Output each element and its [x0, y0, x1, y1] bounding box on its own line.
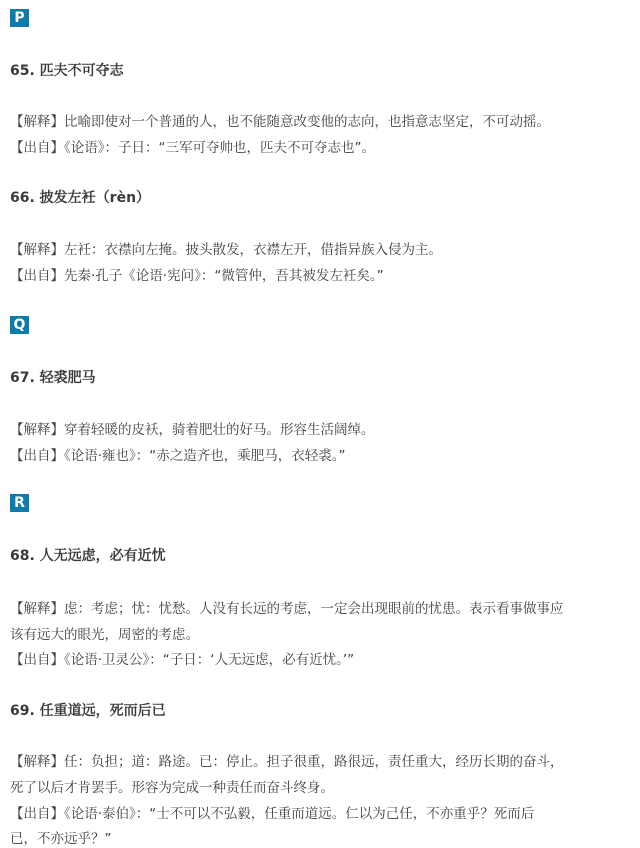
- entry-explain-68: 【解释】虑：考虑；忧：忧愁。人没有长远的考虑，一定会出现眼前的忧患。表示看事做事…: [10, 597, 630, 617]
- entry-explain-69-cont: 死了以后才肯罢手。形容为完成一种责任而奋斗终身。: [10, 776, 630, 796]
- entry-source-65: 【出自】《论语》：子日：“三军可夺帅也，匹夫不可夺志也”。: [10, 136, 630, 156]
- section-badge-p: P: [10, 9, 29, 27]
- source-text: 《论语·卫灵公》：“子日：‘人无远虑，必有近忧。’”: [64, 652, 354, 668]
- source-label: 【出自】: [10, 806, 64, 822]
- explain-label: 【解释】: [10, 114, 64, 130]
- source-label: 【出自】: [10, 448, 64, 464]
- entry-source-68: 【出自】《论语·卫灵公》：“子日：‘人无远虑，必有近忧。’”: [10, 648, 630, 668]
- source-text: 先秦·孔子《论语·宪问》：“微管仲，吾其被发左衽矣。”: [64, 268, 384, 284]
- source-text: 《论语·雍也》：“赤之造齐也，乘肥马，衣轻裘。”: [64, 448, 346, 464]
- section-badge-q: Q: [10, 316, 29, 334]
- explain-label: 【解释】: [10, 242, 64, 258]
- entry-title-69: 69. 任重道远，死而后已: [10, 700, 166, 720]
- entry-explain-69: 【解释】任：负担；道：路途。已：停止。担子很重，路很远，责任重大，经历长期的奋斗…: [10, 750, 630, 770]
- entry-title-68: 68. 人无远虑，必有近忧: [10, 545, 166, 565]
- source-text: 《论语·泰伯》：“士不可以不弘毅，任重而道远。仁以为己任，不亦重乎？死而后: [64, 806, 534, 822]
- entry-source-67: 【出自】《论语·雍也》：“赤之造齐也，乘肥马，衣轻裘。”: [10, 444, 630, 464]
- entry-explain-65: 【解释】比喻即使对一个普通的人，也不能随意改变他的志向，也指意志坚定，不可动摇。: [10, 110, 630, 130]
- source-text: 《论语》：子日：“三军可夺帅也，匹夫不可夺志也”。: [64, 140, 375, 156]
- entry-explain-66: 【解释】左衽：衣襟向左掩。披头散发，衣襟左开，借指异族入侵为主。: [10, 238, 630, 258]
- entry-title-67: 67. 轻裘肥马: [10, 367, 96, 387]
- entry-title-65: 65. 匹夫不可夺志: [10, 60, 124, 80]
- explain-label: 【解释】: [10, 601, 64, 617]
- explain-label: 【解释】: [10, 754, 64, 770]
- source-label: 【出自】: [10, 268, 64, 284]
- explain-text: 虑：考虑；忧：忧愁。人没有长远的考虑，一定会出现眼前的忧患。表示看事做事应: [64, 601, 564, 617]
- explain-text: 比喻即使对一个普通的人，也不能随意改变他的志向，也指意志坚定，不可动摇。: [64, 114, 550, 130]
- explain-text: 穿着轻暖的皮袄，骑着肥壮的好马。形容生活阔绰。: [64, 422, 375, 438]
- section-badge-r: R: [10, 494, 29, 512]
- entry-source-69-cont: 已，不亦远乎？”: [10, 827, 630, 847]
- explain-text: 任：负担；道：路途。已：停止。担子很重，路很远，责任重大，经历长期的奋斗，: [64, 754, 564, 770]
- entry-title-66: 66. 披发左衽（rèn）: [10, 187, 150, 207]
- entry-explain-68-cont: 该有远大的眼光，周密的考虑。: [10, 623, 630, 643]
- entry-source-69: 【出自】《论语·泰伯》：“士不可以不弘毅，任重而道远。仁以为己任，不亦重乎？死而…: [10, 802, 630, 822]
- explain-label: 【解释】: [10, 422, 64, 438]
- entry-source-66: 【出自】先秦·孔子《论语·宪问》：“微管仲，吾其被发左衽矣。”: [10, 264, 630, 284]
- explain-text: 左衽：衣襟向左掩。披头散发，衣襟左开，借指异族入侵为主。: [64, 242, 442, 258]
- source-label: 【出自】: [10, 140, 64, 156]
- entry-explain-67: 【解释】穿着轻暖的皮袄，骑着肥壮的好马。形容生活阔绰。: [10, 418, 630, 438]
- source-label: 【出自】: [10, 652, 64, 668]
